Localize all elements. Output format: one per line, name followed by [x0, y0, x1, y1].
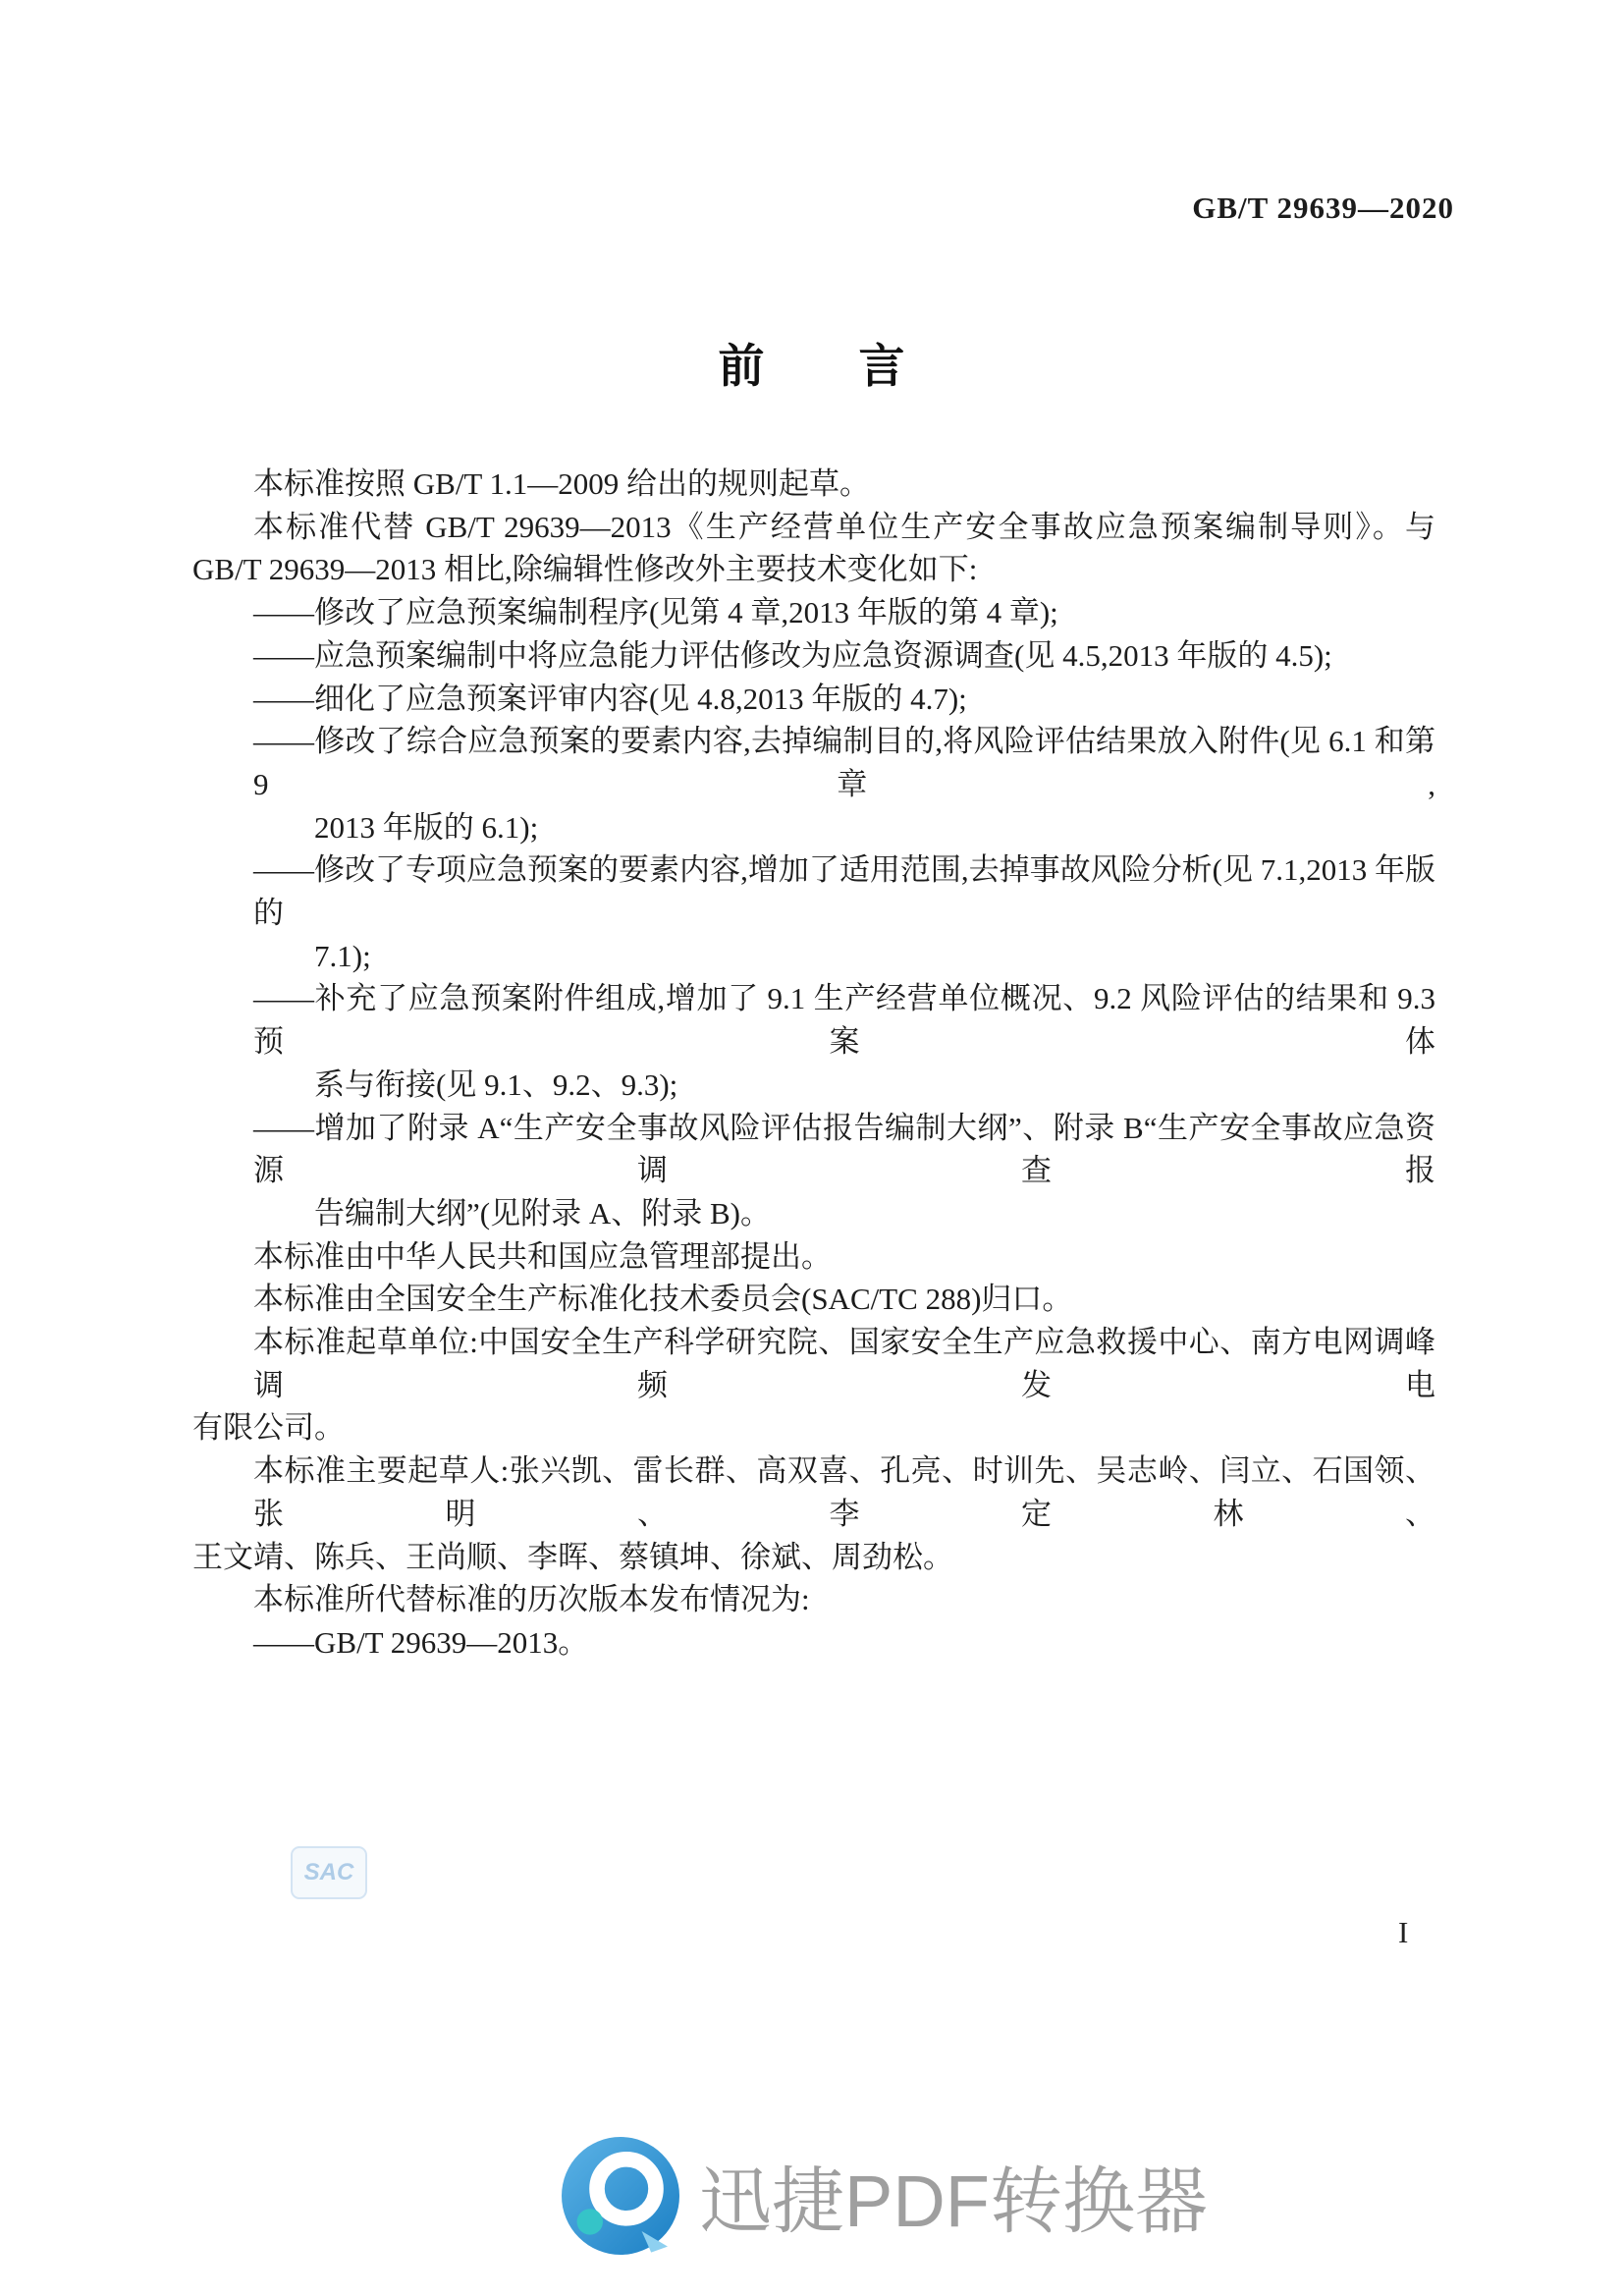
- page-title-char-2: 言: [859, 330, 905, 396]
- standard-doc-number: GB/T 29639—2020: [1192, 191, 1454, 226]
- body-line: 本标准由全国安全生产标准化技术委员会(SAC/TC 288)归口。: [192, 1278, 1435, 1321]
- watermark-text: 迅捷PDF转换器: [699, 2144, 1208, 2248]
- body-line: 有限公司。: [192, 1406, 1435, 1449]
- body-line: 王文靖、陈兵、王尚顺、李晖、蔡镇坤、徐斌、周劲松。: [192, 1536, 1435, 1579]
- body-line: 本标准所代替标准的历次版本发布情况为:: [192, 1578, 1435, 1621]
- body-line: 本标准起草单位:中国安全生产科学研究院、国家安全生产应急救援中心、南方电网调峰调…: [192, 1321, 1435, 1406]
- body-line: 本标准由中华人民共和国应急管理部提出。: [192, 1235, 1435, 1279]
- body-line: 2013 年版的 6.1);: [192, 806, 1435, 849]
- body-line: ——修改了专项应急预案的要素内容,增加了适用范围,去掉事故风险分析(见 7.1,…: [192, 848, 1435, 934]
- body-line: 本标准按照 GB/T 1.1—2009 给出的规则起草。: [192, 463, 1435, 506]
- body-line: ——修改了综合应急预案的要素内容,去掉编制目的,将风险评估结果放入附件(见 6.…: [192, 720, 1435, 805]
- body-line: ——GB/T 29639—2013。: [192, 1621, 1435, 1665]
- sac-logo: SAC: [291, 1846, 367, 1899]
- document-page: GB/T 29639—2020 前 言 本标准按照 GB/T 1.1—2009 …: [0, 0, 1623, 2296]
- body-line: 7.1);: [192, 935, 1435, 978]
- watermark: 迅捷PDF转换器: [562, 2137, 1208, 2255]
- page-title: 前 言: [0, 330, 1623, 396]
- page-number: I: [1398, 1915, 1408, 1950]
- body-line: ——应急预案编制中将应急能力评估修改为应急资源调查(见 4.5,2013 年版的…: [192, 634, 1435, 678]
- body-line: 告编制大纲”(见附录 A、附录 B)。: [192, 1192, 1435, 1235]
- body-line: ——修改了应急预案编制程序(见第 4 章,2013 年版的第 4 章);: [192, 591, 1435, 634]
- body-line: 本标准主要起草人:张兴凯、雷长群、高双喜、孔亮、时训先、吴志岭、闫立、石国领、张…: [192, 1449, 1435, 1535]
- body-line: ——补充了应急预案附件组成,增加了 9.1 生产经营单位概况、9.2 风险评估的…: [192, 977, 1435, 1063]
- body-line: 本标准代替 GB/T 29639—2013《生产经营单位生产安全事故应急预案编制…: [192, 506, 1435, 549]
- body-line: ——增加了附录 A“生产安全事故风险评估报告编制大纲”、附录 B“生产安全事故应…: [192, 1107, 1435, 1192]
- body-line: 系与衔接(见 9.1、9.2、9.3);: [192, 1064, 1435, 1107]
- body-line: ——细化了应急预案评审内容(见 4.8,2013 年版的 4.7);: [192, 678, 1435, 721]
- sac-logo-label: SAC: [304, 1859, 354, 1886]
- body-line: GB/T 29639—2013 相比,除编辑性修改外主要技术变化如下:: [192, 548, 1435, 591]
- page-title-char-1: 前: [719, 330, 765, 396]
- foreword-body: 本标准按照 GB/T 1.1—2009 给出的规则起草。本标准代替 GB/T 2…: [192, 463, 1435, 1665]
- pdf-converter-logo-icon: [562, 2137, 679, 2255]
